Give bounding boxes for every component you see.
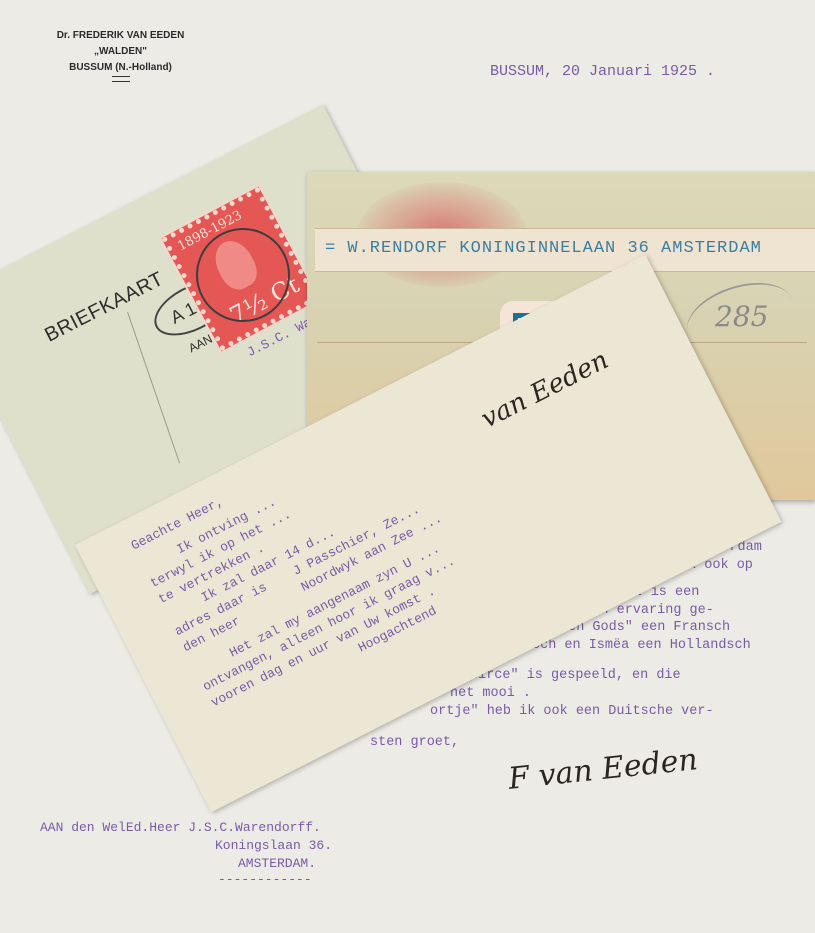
- letterhead-house: „WALDEN": [28, 44, 213, 60]
- pencil-number: 285: [715, 300, 768, 333]
- letterhead-name: Dr. FREDERIK VAN EEDEN: [28, 28, 213, 44]
- letter-fragment: sten groet,: [370, 735, 459, 750]
- letter-fragment: ortje" heb ik ook een Duitsche ver-: [430, 704, 714, 719]
- card-signature: van Eeden: [476, 345, 613, 435]
- letter-fragment: Circe" is gespeeld, en die: [470, 668, 681, 683]
- letter-date: BUSSUM, 20 Januari 1925 .: [490, 63, 715, 80]
- postcard-title: BRIEFKAART: [41, 268, 167, 348]
- address-line-2: Koningslaan 36.: [215, 838, 332, 853]
- address-line-3: AMSTERDAM.: [238, 856, 316, 871]
- letterhead-underline: [112, 76, 130, 82]
- telegram-address-strip: = W.RENDORF KONINGINNELAAN 36 AMSTERDAM: [315, 228, 815, 272]
- letterhead-place: BUSSUM (N.-Holland): [28, 60, 213, 76]
- postcard-aan-label: AAN: [186, 332, 214, 356]
- letter-fragment: ren Gods" een Fransch: [560, 620, 730, 635]
- telegram-address-text: = W.RENDORF KONINGINNELAAN 36 AMSTERDAM: [325, 239, 762, 258]
- letter-signature: F van Eeden: [507, 742, 700, 797]
- circular-postmark: [196, 228, 290, 322]
- address-line-1: AAN den WelEd.Heer J.S.C.Warendorff.: [40, 820, 321, 835]
- letter-fragment: sch en Ismëa een Hollandsch: [532, 638, 751, 653]
- address-underline: ------------: [218, 872, 312, 887]
- letter-fragment: het mooi .: [450, 686, 531, 701]
- letterhead: Dr. FREDERIK VAN EEDEN „WALDEN" BUSSUM (…: [28, 28, 213, 82]
